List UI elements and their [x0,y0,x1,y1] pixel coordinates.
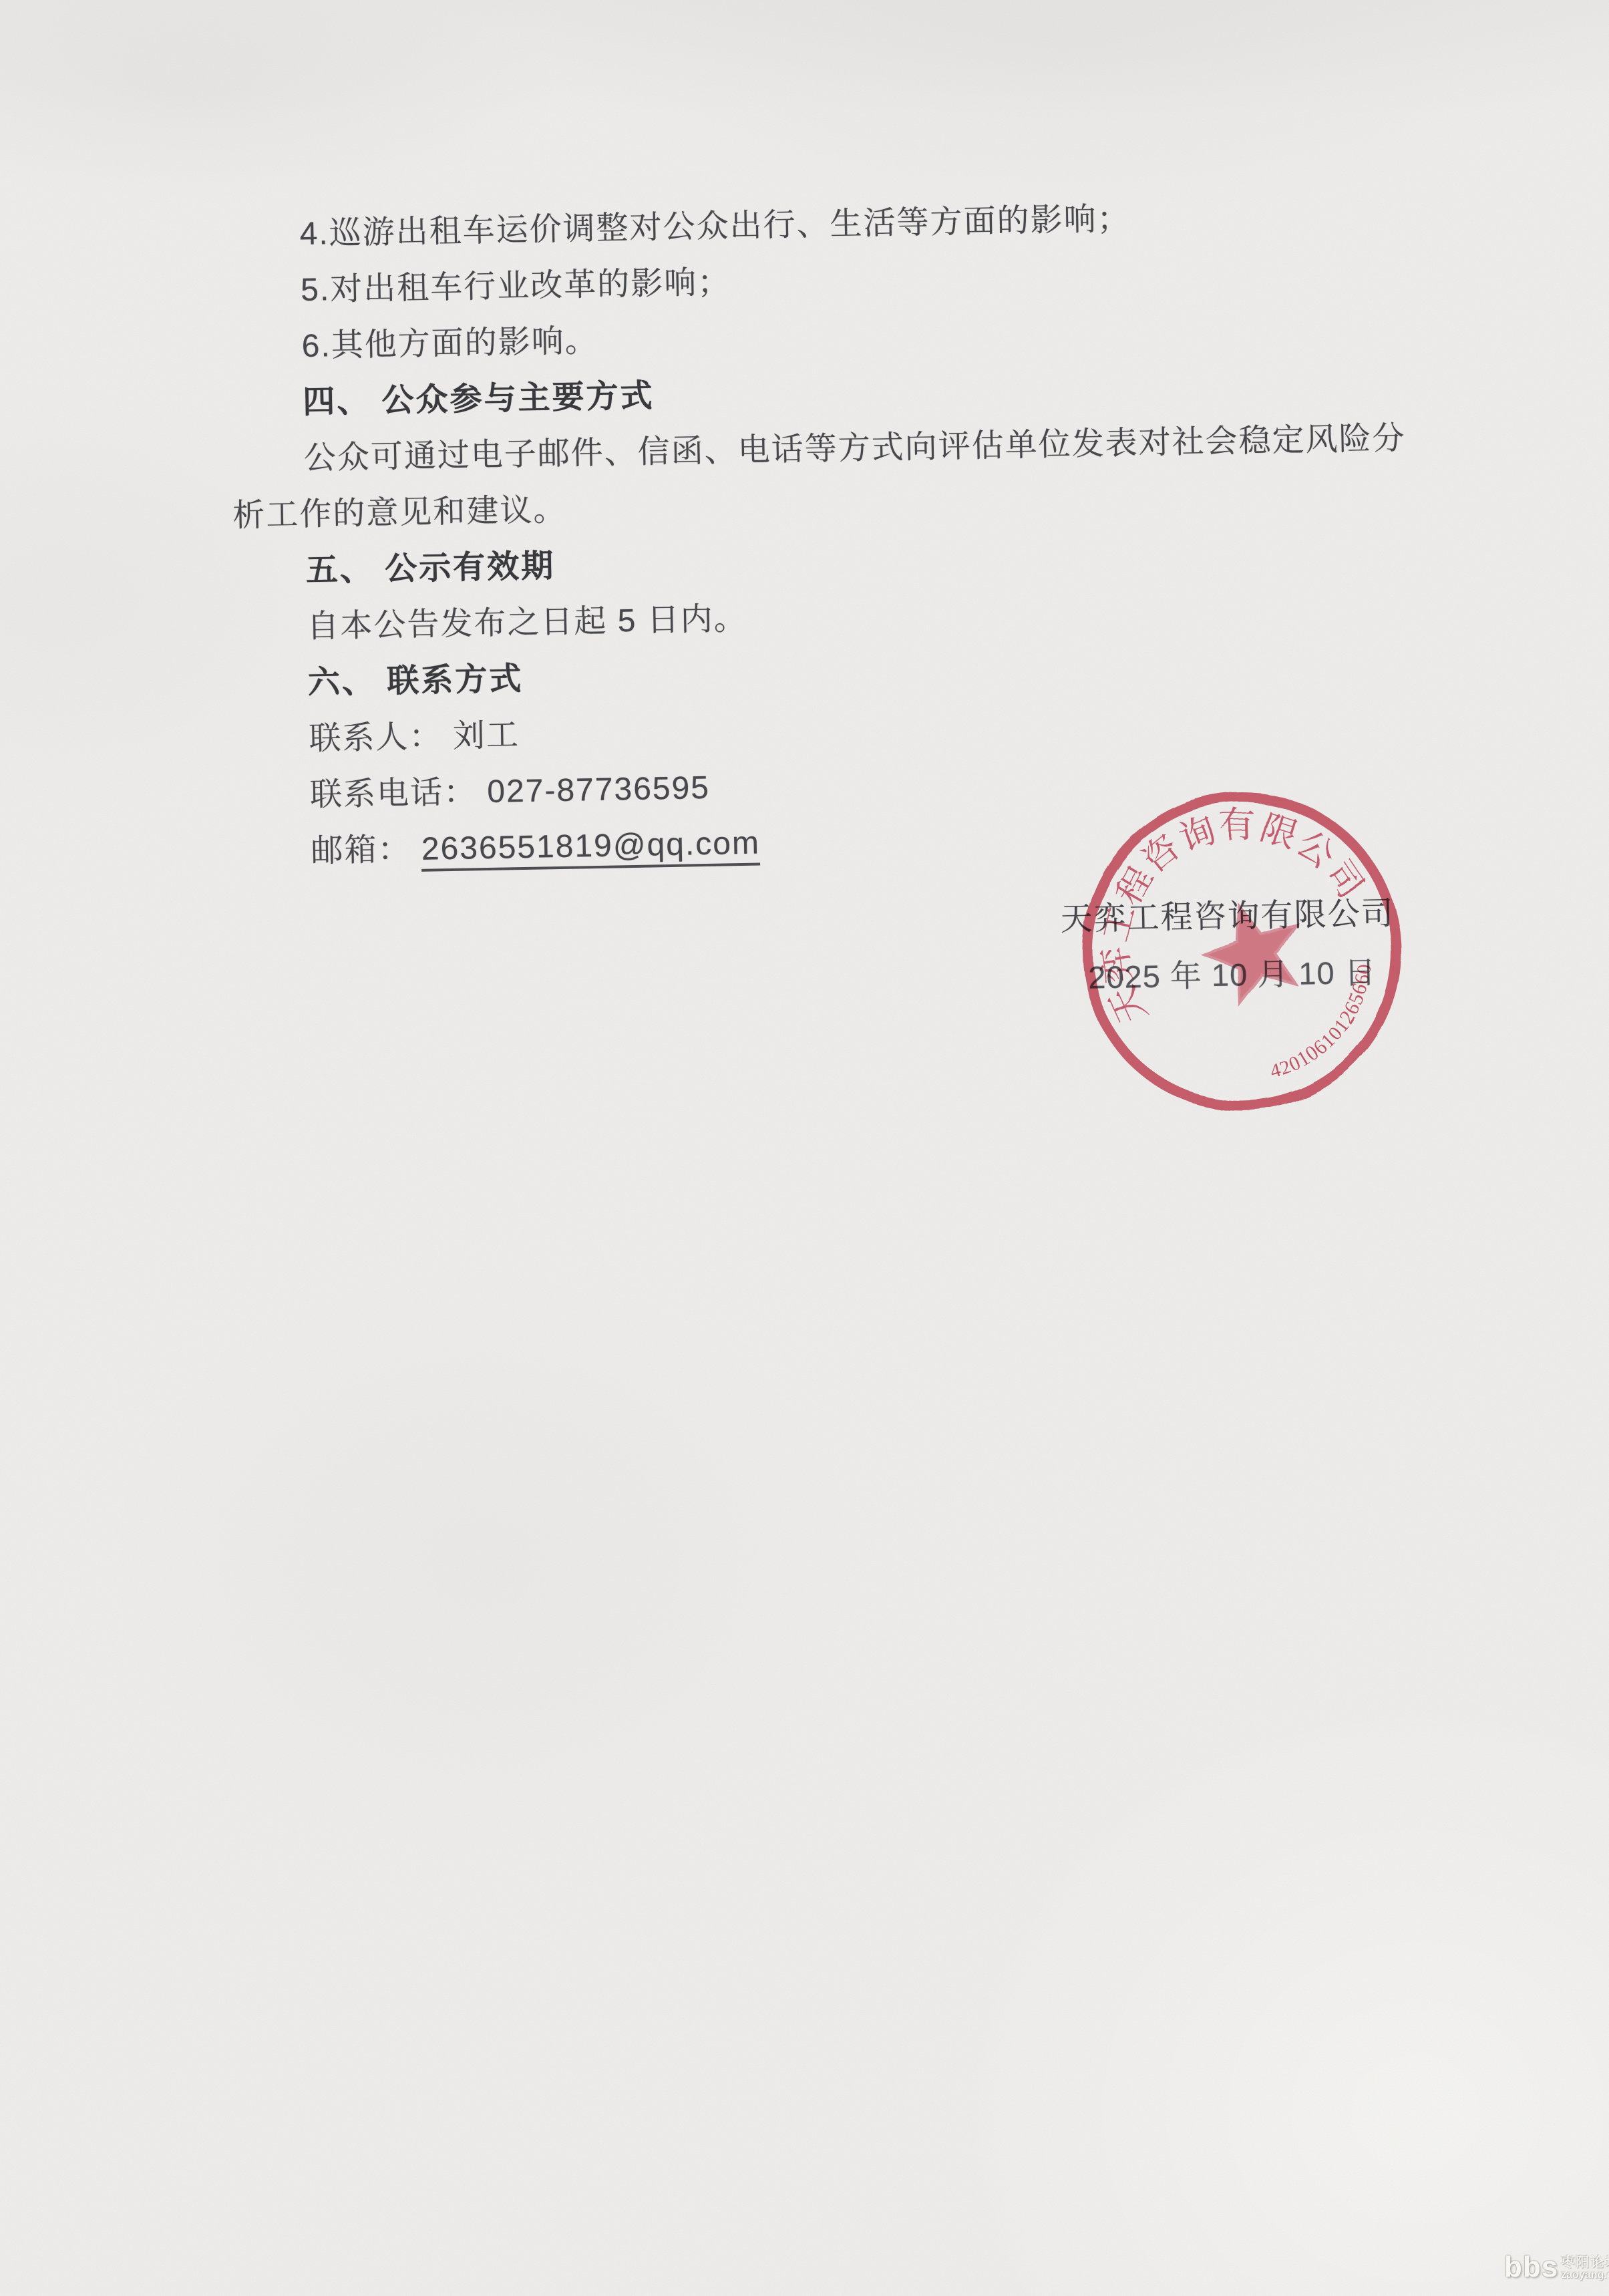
line-text: 4.巡游出租车运价调整对公众出行、生活等方面的影响； [299,201,1131,252]
signature-company: 天弈工程咨询有限公司 [1060,887,1395,939]
forum-watermark: bbs 枣阳论坛 zaoyang.org [1504,2254,1609,2281]
watermark-site-block: 枣阳论坛 zaoyang.org [1561,2256,1609,2281]
line-text: 五、 公示有效期 [305,548,555,589]
scanned-document-page: 4.巡游出租车运价调整对公众出行、生活等方面的影响；5.对出租车行业改革的影响；… [0,0,1609,2296]
watermark-bbs-logo: bbs [1504,2254,1558,2281]
document-text-block: 4.巡游出租车运价调整对公众出行、生活等方面的影响；5.对出租车行业改革的影响；… [227,188,1435,883]
line-text: 析工作的意见和建议。 [232,492,567,534]
watermark-site-domain: zaoyang.org [1561,2269,1609,2281]
line-text: 自本公告发布之日起 5 日内。 [307,601,747,645]
email-address: 2636551819@qq.com [421,826,760,872]
line-text: 邮箱： [311,832,421,869]
line-text: 四、 公众参与主要方式 [303,378,655,420]
line-text: 5.对出租车行业改革的影响； [301,265,731,308]
line-text: 联系人： 刘工 [309,717,520,757]
watermark-site-name: 枣阳论坛 [1561,2256,1609,2269]
line-text: 六、 联系方式 [308,661,524,701]
paragraph-lines: 4.巡游出租车运价调整对公众出行、生活等方面的影响；5.对出租车行业改革的影响；… [227,188,1435,883]
line-text: 6.其他方面的影响。 [301,323,598,364]
signature-date: 2025 年 10 月 10 日 [1088,948,1377,998]
line-text: 联系电话： 027-87736595 [310,770,711,813]
